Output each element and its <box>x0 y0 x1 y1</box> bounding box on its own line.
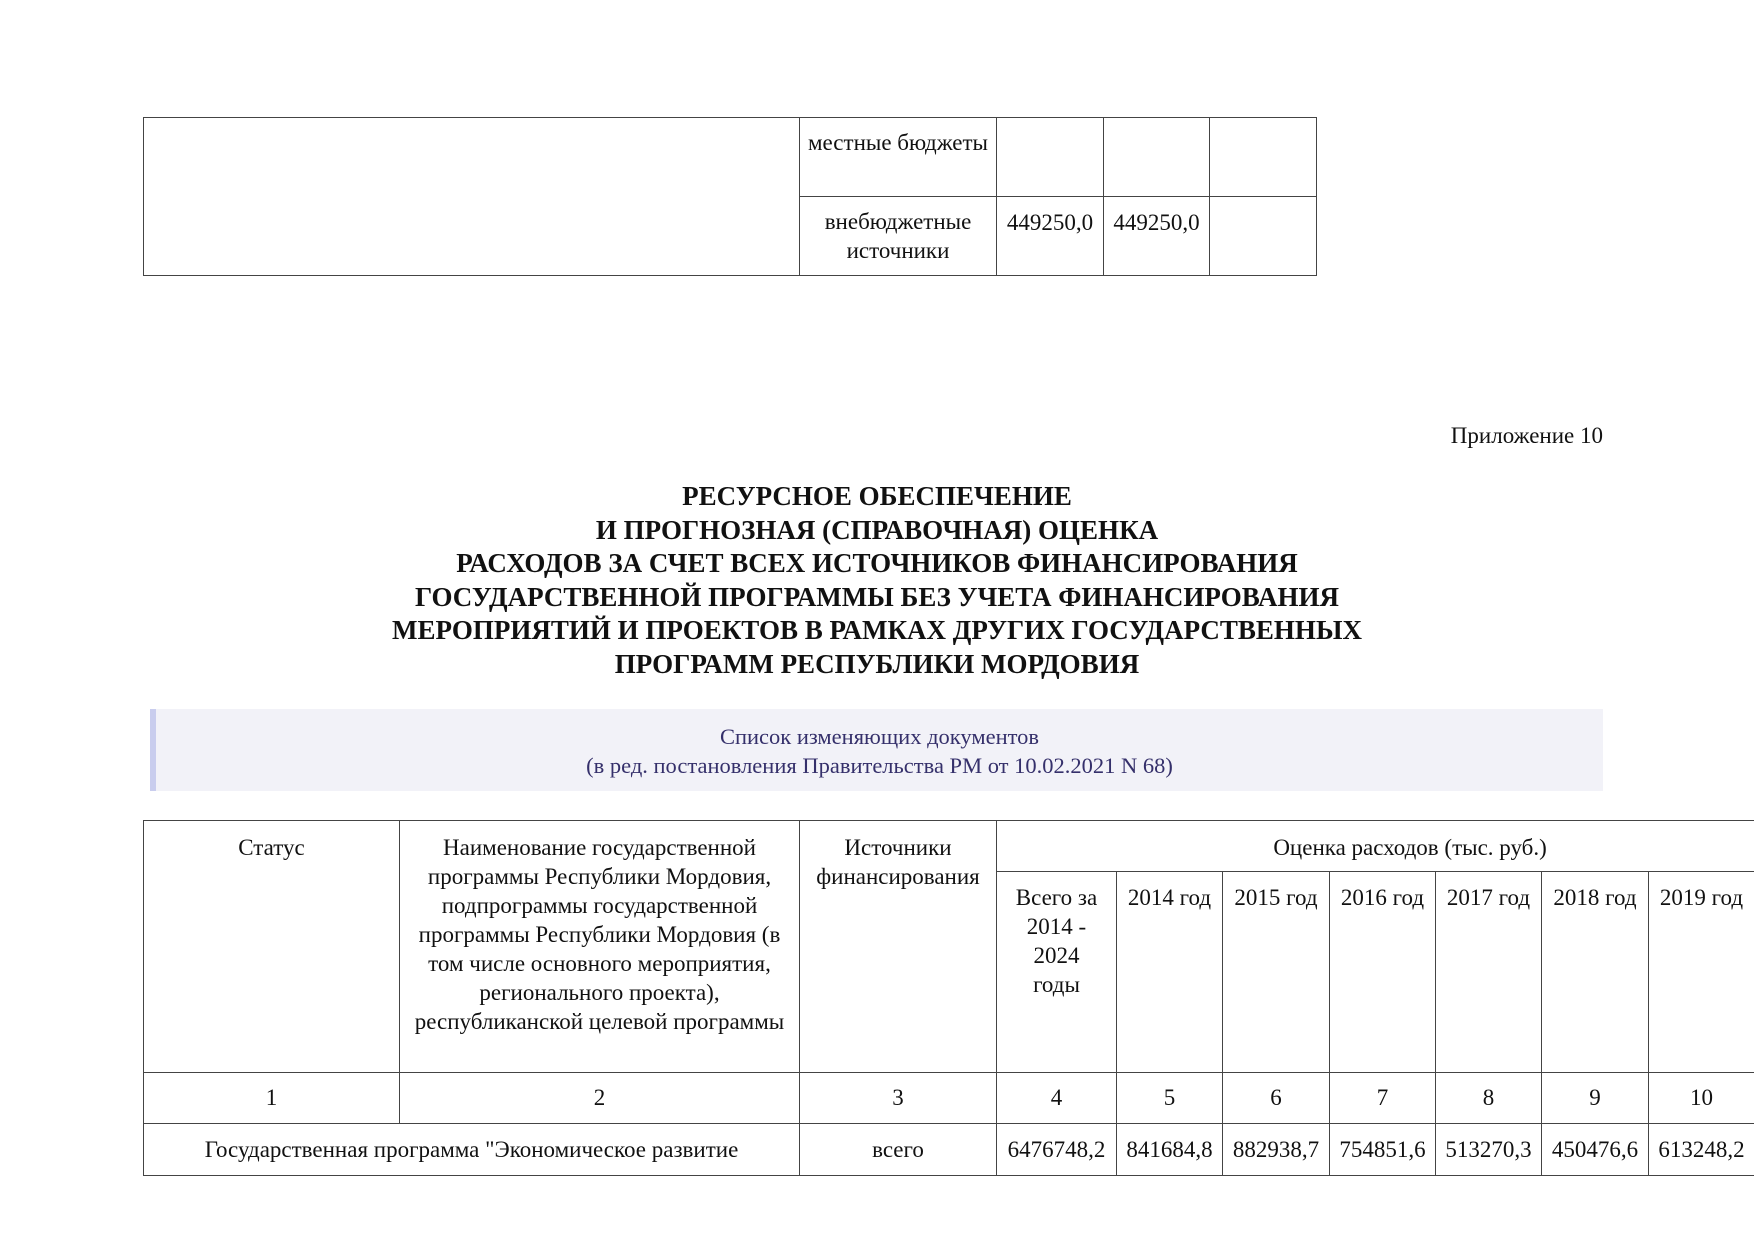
resource-table: Статус Наименование государственной прог… <box>143 820 1754 1176</box>
column-number: 7 <box>1330 1073 1436 1124</box>
header-year: 2015 год <box>1223 872 1330 1073</box>
column-number: 9 <box>1542 1073 1649 1124</box>
year-value-cell: 513270,3 <box>1436 1124 1542 1176</box>
year-value-cell: 882938,7 <box>1223 1124 1330 1176</box>
column-number: 2 <box>400 1073 800 1124</box>
revision-link[interactable]: (в ред. постановления Правительства РМ о… <box>156 752 1603 781</box>
title-line: МЕРОПРИЯТИЙ И ПРОЕКТОВ В РАМКАХ ДРУГИХ Г… <box>0 614 1754 648</box>
column-number-row: 1 2 3 4 5 6 7 8 9 10 <box>144 1073 1754 1124</box>
value-cell <box>997 118 1104 197</box>
title-line: РАСХОДОВ ЗА СЧЕТ ВСЕХ ИСТОЧНИКОВ ФИНАНСИ… <box>0 547 1754 581</box>
value-cell <box>1210 197 1317 276</box>
title-line: И ПРОГНОЗНАЯ (СПРАВОЧНАЯ) ОЦЕНКА <box>0 514 1754 548</box>
table-row: местные бюджеты <box>144 118 1317 197</box>
header-year: 2018 год <box>1542 872 1649 1073</box>
value-cell <box>1104 118 1210 197</box>
column-number: 3 <box>800 1073 997 1124</box>
header-estimate-group: Оценка расходов (тыс. руб.) <box>997 821 1754 872</box>
year-value-cell: 841684,8 <box>1117 1124 1223 1176</box>
column-number: 8 <box>1436 1073 1542 1124</box>
column-number: 5 <box>1117 1073 1223 1124</box>
appendix-label: Приложение 10 <box>1451 422 1603 450</box>
continued-table: местные бюджеты внебюджетные источники 4… <box>143 117 1317 276</box>
header-row: Статус Наименование государственной прог… <box>144 821 1754 872</box>
title-line: ГОСУДАРСТВЕННОЙ ПРОГРАММЫ БЕЗ УЧЕТА ФИНА… <box>0 581 1754 615</box>
value-cell <box>1210 118 1317 197</box>
header-total: Всего за 2014 - 2024 годы <box>997 872 1117 1073</box>
source-cell: местные бюджеты <box>800 118 997 197</box>
title-line: РЕСУРСНОЕ ОБЕСПЕЧЕНИЕ <box>0 480 1754 514</box>
column-number: 1 <box>144 1073 400 1124</box>
program-name-cell: Государственная программа "Экономическое… <box>144 1124 800 1176</box>
revision-notice: Список изменяющих документов (в ред. пос… <box>150 709 1603 791</box>
source-cell: всего <box>800 1124 997 1176</box>
value-cell: 449250,0 <box>997 197 1104 276</box>
header-year: 2017 год <box>1436 872 1542 1073</box>
total-cell: 6476748,2 <box>997 1124 1117 1176</box>
table-row: Государственная программа "Экономическое… <box>144 1124 1754 1176</box>
header-year: 2014 год <box>1117 872 1223 1073</box>
header-sources: Источники финансирования <box>800 821 997 1073</box>
empty-name-cell <box>144 118 800 276</box>
year-value-cell: 754851,6 <box>1330 1124 1436 1176</box>
title-line: ПРОГРАММ РЕСПУБЛИКИ МОРДОВИЯ <box>0 648 1754 682</box>
header-year: 2019 год <box>1649 872 1754 1073</box>
header-year: 2016 год <box>1330 872 1436 1073</box>
year-value-cell: 450476,6 <box>1542 1124 1649 1176</box>
header-status: Статус <box>144 821 400 1073</box>
document-title: РЕСУРСНОЕ ОБЕСПЕЧЕНИЕ И ПРОГНОЗНАЯ (СПРА… <box>0 480 1754 681</box>
header-name: Наименование государственной программы Р… <box>400 821 800 1073</box>
column-number: 10 <box>1649 1073 1754 1124</box>
value-cell: 449250,0 <box>1104 197 1210 276</box>
revision-title: Список изменяющих документов <box>156 723 1603 752</box>
column-number: 6 <box>1223 1073 1330 1124</box>
source-cell: внебюджетные источники <box>800 197 997 276</box>
year-value-cell: 613248,2 <box>1649 1124 1754 1176</box>
column-number: 4 <box>997 1073 1117 1124</box>
